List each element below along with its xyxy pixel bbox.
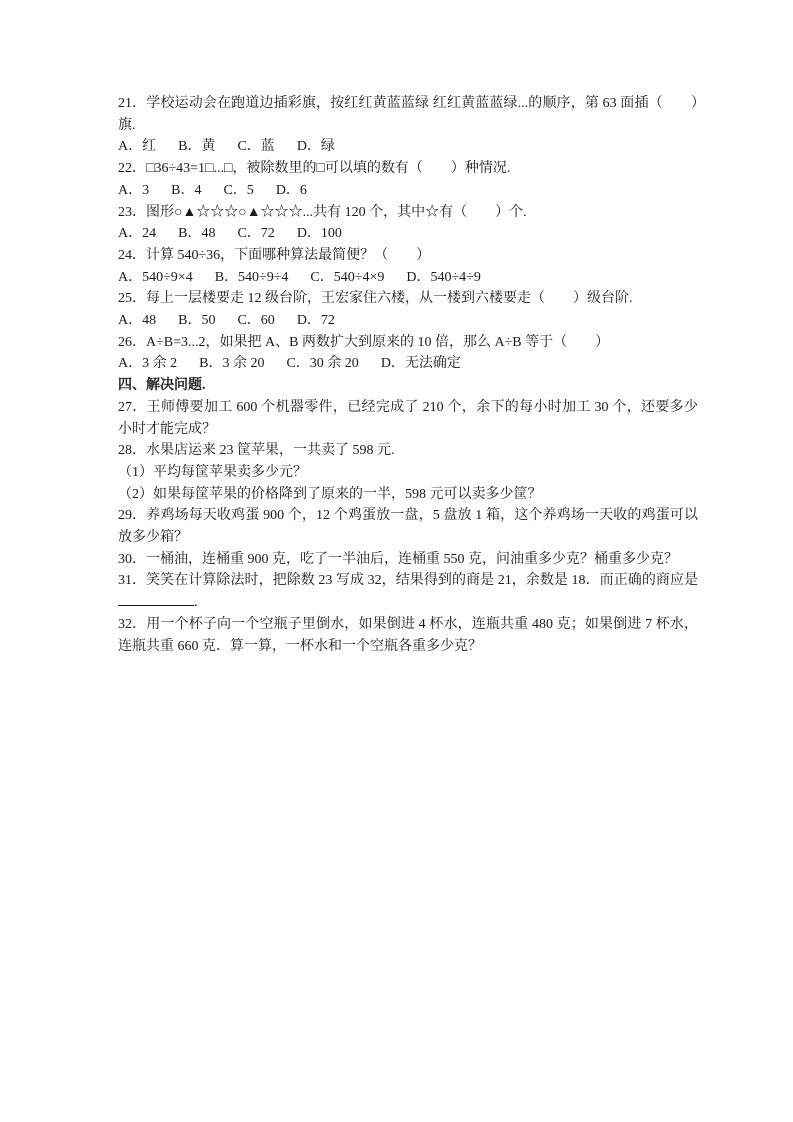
option-d: D．100: [297, 226, 342, 241]
option-d: D．72: [297, 313, 335, 328]
question-body: 计算 540÷36，下面哪种算法最简便？（ ）: [146, 248, 430, 263]
question-body: 图形○▲☆☆☆○▲☆☆☆...共有 120 个，其中☆有（ ）个.: [146, 205, 527, 220]
question-27: 27．王师傅要加工 600 个机器零件，已经完成了 210 个，余下的每小时加工…: [118, 397, 698, 440]
question-body: 学校运动会在跑道边插彩旗，按红红黄蓝蓝绿 红红黄蓝蓝绿...的顺序，第 63 面…: [118, 96, 698, 133]
question-number: 32．: [118, 617, 146, 632]
option-c: C．30 余 20: [286, 356, 358, 371]
question-body: 养鸡场每天收鸡蛋 900 个，12 个鸡蛋放一盘，5 盘放 1 箱，这个养鸡场一…: [118, 508, 698, 545]
question-body: 水果店运来 23 筐苹果，一共卖了 598 元.: [146, 443, 395, 458]
question-number: 25．: [118, 291, 146, 306]
option-c: C．5: [223, 183, 253, 198]
question-body: A÷B=3...2，如果把 A、B 两数扩大到原来的 10 倍，那么 A÷B 等…: [146, 335, 609, 350]
option-a: A．3: [118, 183, 149, 198]
option-d: D．绿: [297, 139, 335, 154]
question-options: A．红B．黄C．蓝D．绿: [118, 136, 698, 158]
option-c: C．60: [237, 313, 274, 328]
option-a: A．3 余 2: [118, 356, 177, 371]
question-text: 23．图形○▲☆☆☆○▲☆☆☆...共有 120 个，其中☆有（ ）个.: [118, 202, 698, 224]
question-number: 26．: [118, 335, 146, 350]
question-text: 26．A÷B=3...2，如果把 A、B 两数扩大到原来的 10 倍，那么 A÷…: [118, 332, 698, 354]
option-b: B．540÷9÷4: [215, 270, 289, 285]
question-28: 28．水果店运来 23 筐苹果，一共卖了 598 元. （1）平均每筐苹果卖多少…: [118, 440, 698, 505]
question-31: 31．笑笑在计算除法时，把除数 23 写成 32，结果得到的商是 21，余数是 …: [118, 570, 698, 613]
option-b: B．48: [178, 226, 215, 241]
question-number: 30．: [118, 552, 146, 567]
question-options: A．48B．50C．60D．72: [118, 310, 698, 332]
question-24: 24．计算 540÷36，下面哪种算法最简便？（ ） A．540÷9×4B．54…: [118, 245, 698, 288]
question-options: A．3B．4C．5D．6: [118, 180, 698, 202]
sub-question-2: （2）如果每筐苹果的价格降到了原来的一半，598 元可以卖多少筐？: [118, 484, 698, 506]
option-a: A．24: [118, 226, 156, 241]
question-number: 31．: [118, 573, 146, 588]
option-d: D．6: [276, 183, 307, 198]
question-body-after-blank: .: [194, 595, 198, 610]
question-body: 一桶油，连桶重 900 克，吃了一半油后，连桶重 550 克，问油重多少克？桶重…: [146, 552, 678, 567]
option-b: B．黄: [178, 139, 215, 154]
question-26: 26．A÷B=3...2，如果把 A、B 两数扩大到原来的 10 倍，那么 A÷…: [118, 332, 698, 375]
question-text: 22．□36÷43=1□...□，被除数里的□可以填的数有（ ）种情况.: [118, 158, 698, 180]
option-c: C．蓝: [237, 139, 274, 154]
question-text: 25．每上一层楼要走 12 级台阶，王宏家住六楼，从一楼到六楼要走（ ）级台阶.: [118, 288, 698, 310]
question-body: □36÷43=1□...□，被除数里的□可以填的数有（ ）种情况.: [146, 161, 510, 176]
question-22: 22．□36÷43=1□...□，被除数里的□可以填的数有（ ）种情况. A．3…: [118, 158, 698, 201]
option-b: B．3 余 20: [199, 356, 264, 371]
exam-page: 21．学校运动会在跑道边插彩旗，按红红黄蓝蓝绿 红红黄蓝蓝绿...的顺序，第 6…: [0, 0, 793, 1122]
option-a: A．红: [118, 139, 156, 154]
question-text: 27．王师傅要加工 600 个机器零件，已经完成了 210 个，余下的每小时加工…: [118, 397, 698, 440]
option-d: D．无法确定: [381, 356, 461, 371]
question-body: 笑笑在计算除法时，把除数 23 写成 32，结果得到的商是 21，余数是 18．…: [146, 573, 698, 588]
question-options: A．24B．48C．72D．100: [118, 223, 698, 245]
option-b: B．4: [171, 183, 201, 198]
question-number: 21．: [118, 96, 146, 111]
question-text: 28．水果店运来 23 筐苹果，一共卖了 598 元.: [118, 440, 698, 462]
question-text: 32．用一个杯子向一个空瓶子里倒水，如果倒进 4 杯水，连瓶共重 480 克；如…: [118, 614, 698, 657]
option-a: A．540÷9×4: [118, 270, 193, 285]
question-body: 王师傅要加工 600 个机器零件，已经完成了 210 个，余下的每小时加工 30…: [118, 400, 698, 437]
section-header: 四、解决问题.: [118, 375, 698, 397]
question-number: 28．: [118, 443, 146, 458]
question-number: 23．: [118, 205, 146, 220]
question-number: 29．: [118, 508, 146, 523]
question-options: A．3 余 2B．3 余 20C．30 余 20D．无法确定: [118, 353, 698, 375]
option-c: C．72: [237, 226, 274, 241]
question-number: 22．: [118, 161, 146, 176]
question-options: A．540÷9×4B．540÷9÷4C．540÷4×9D．540÷4÷9: [118, 267, 698, 289]
option-d: D．540÷4÷9: [406, 270, 480, 285]
question-text: 30．一桶油，连桶重 900 克，吃了一半油后，连桶重 550 克，问油重多少克…: [118, 549, 698, 571]
question-30: 30．一桶油，连桶重 900 克，吃了一半油后，连桶重 550 克，问油重多少克…: [118, 549, 698, 571]
answer-blank: [118, 592, 194, 606]
question-text: 31．笑笑在计算除法时，把除数 23 写成 32，结果得到的商是 21，余数是 …: [118, 570, 698, 613]
question-text: 24．计算 540÷36，下面哪种算法最简便？（ ）: [118, 245, 698, 267]
option-b: B．50: [178, 313, 215, 328]
question-text: 29．养鸡场每天收鸡蛋 900 个，12 个鸡蛋放一盘，5 盘放 1 箱，这个养…: [118, 505, 698, 548]
option-c: C．540÷4×9: [310, 270, 384, 285]
question-body: 用一个杯子向一个空瓶子里倒水，如果倒进 4 杯水，连瓶共重 480 克；如果倒进…: [118, 617, 698, 654]
question-25: 25．每上一层楼要走 12 级台阶，王宏家住六楼，从一楼到六楼要走（ ）级台阶.…: [118, 288, 698, 331]
question-29: 29．养鸡场每天收鸡蛋 900 个，12 个鸡蛋放一盘，5 盘放 1 箱，这个养…: [118, 505, 698, 548]
question-body: 每上一层楼要走 12 级台阶，王宏家住六楼，从一楼到六楼要走（ ）级台阶.: [146, 291, 633, 306]
question-21: 21．学校运动会在跑道边插彩旗，按红红黄蓝蓝绿 红红黄蓝蓝绿...的顺序，第 6…: [118, 93, 698, 158]
option-a: A．48: [118, 313, 156, 328]
question-32: 32．用一个杯子向一个空瓶子里倒水，如果倒进 4 杯水，连瓶共重 480 克；如…: [118, 614, 698, 657]
question-text: 21．学校运动会在跑道边插彩旗，按红红黄蓝蓝绿 红红黄蓝蓝绿...的顺序，第 6…: [118, 93, 698, 136]
question-number: 27．: [118, 400, 147, 415]
sub-question-1: （1）平均每筐苹果卖多少元？: [118, 462, 698, 484]
question-number: 24．: [118, 248, 146, 263]
question-23: 23．图形○▲☆☆☆○▲☆☆☆...共有 120 个，其中☆有（ ）个. A．2…: [118, 202, 698, 245]
